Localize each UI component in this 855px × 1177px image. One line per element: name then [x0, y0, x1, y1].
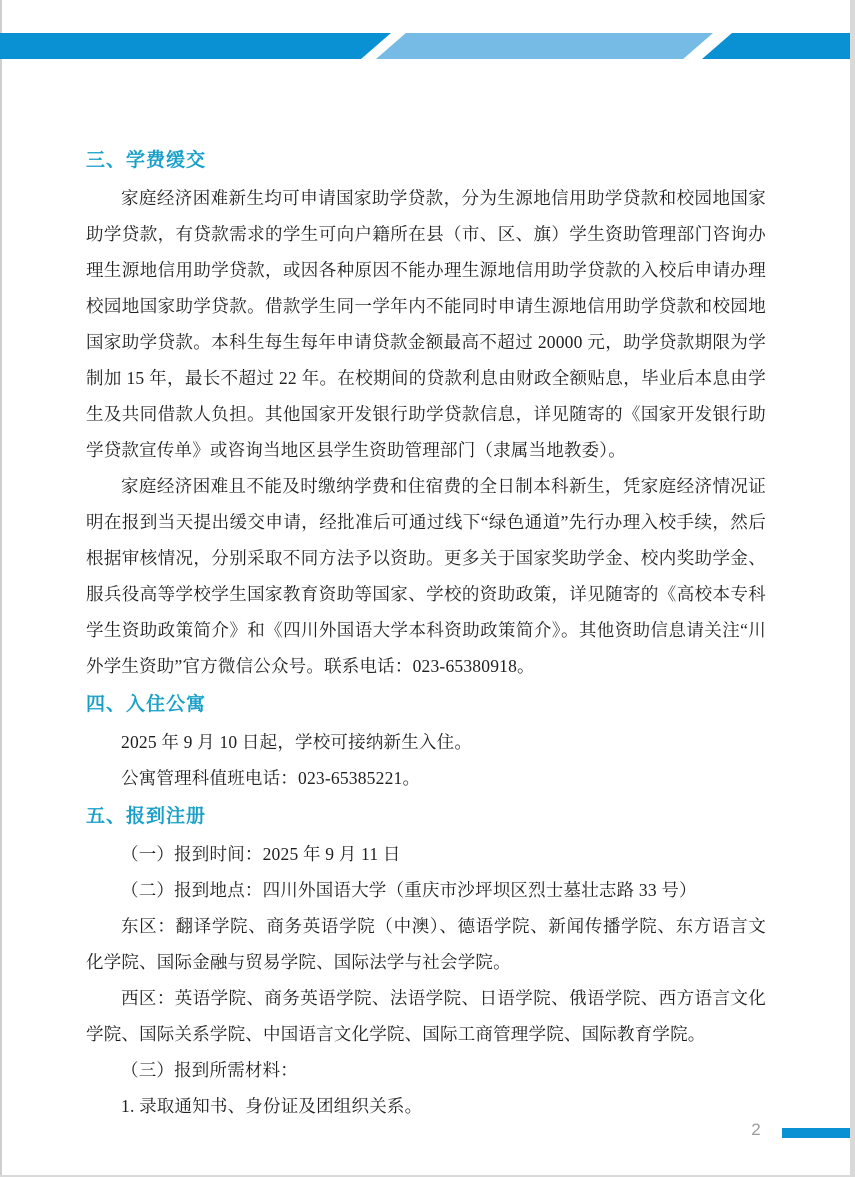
document-body: 三、学费缓交 家庭经济困难新生均可申请国家助学贷款，分为生源地信用助学贷款和校园…	[86, 150, 766, 1124]
paragraph-dorm-phone: 公寓管理科值班电话：023-65385221。	[86, 760, 766, 796]
page-edge-left	[0, 0, 2, 1177]
page-edge-right	[850, 0, 855, 1177]
paragraph-green-channel: 家庭经济困难且不能及时缴纳学费和住宿费的全日制本科新生，凭家庭经济情况证明在报到…	[86, 468, 766, 684]
page-number: 2	[746, 1120, 766, 1140]
section-heading-tuition-deferral: 三、学费缓交	[86, 150, 766, 172]
section-tuition-deferral: 三、学费缓交 家庭经济困难新生均可申请国家助学贷款，分为生源地信用助学贷款和校园…	[86, 150, 766, 684]
section-dormitory-checkin: 四、入住公寓 2025 年 9 月 10 日起，学校可接纳新生入住。 公寓管理科…	[86, 694, 766, 796]
paragraph-registration-place: （二）报到地点：四川外国语大学（重庆市沙坪坝区烈士墓壮志路 33 号）	[86, 872, 766, 908]
section-heading-registration: 五、报到注册	[86, 806, 766, 828]
paragraph-required-materials-item1: 1. 录取通知书、身份证及团组织关系。	[86, 1088, 766, 1124]
paragraph-east-campus-colleges: 东区：翻译学院、商务英语学院（中澳）、德语学院、新闻传播学院、东方语言文化学院、…	[86, 908, 766, 980]
paragraph-dorm-open-date: 2025 年 9 月 10 日起，学校可接纳新生入住。	[86, 724, 766, 760]
banner-light-segment	[376, 33, 713, 59]
section-registration: 五、报到注册 （一）报到时间：2025 年 9 月 11 日 （二）报到地点：四…	[86, 806, 766, 1124]
header-banner	[0, 33, 850, 59]
paragraph-registration-time: （一）报到时间：2025 年 9 月 11 日	[86, 836, 766, 872]
section-heading-dormitory-checkin: 四、入住公寓	[86, 694, 766, 716]
paragraph-required-materials-title: （三）报到所需材料：	[86, 1052, 766, 1088]
paragraph-loan-policy: 家庭经济困难新生均可申请国家助学贷款，分为生源地信用助学贷款和校园地国家助学贷款…	[86, 180, 766, 468]
footer-accent-bar	[782, 1128, 850, 1138]
paragraph-west-campus-colleges: 西区：英语学院、商务英语学院、法语学院、日语学院、俄语学院、西方语言文化学院、国…	[86, 980, 766, 1052]
